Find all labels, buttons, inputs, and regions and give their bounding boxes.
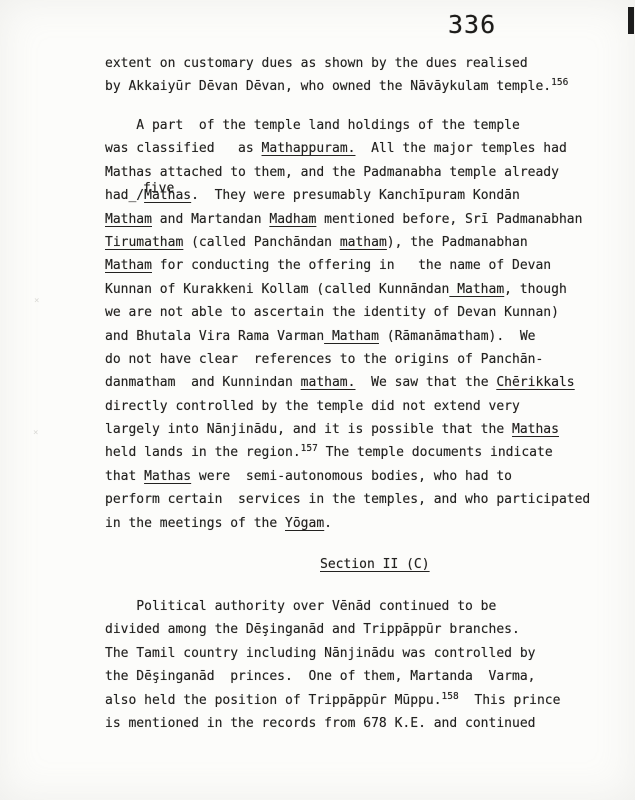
text-run: A part of the temple land holdings of th…: [105, 118, 520, 133]
underlined-term: Matham: [105, 258, 152, 273]
text-run: were semi-autonomous bodies, who had to: [191, 469, 512, 484]
text-run: The Tamil country including Nānjinādu wa…: [105, 646, 535, 661]
underlined-term: Yōgam: [285, 516, 324, 531]
text-line: Kunnan of Kurakkeni Kollam (called Kunnā…: [105, 278, 597, 301]
text-line: Tirumatham (called Panchāndan matham), t…: [105, 231, 597, 254]
text-line: Matham for conducting the offering in th…: [105, 254, 597, 277]
text-line: held lands in the region.157 The temple …: [105, 441, 597, 464]
text-line: that Mathas were semi-autonomous bodies,…: [105, 465, 597, 488]
text-run: perform certain services in the temples,…: [105, 492, 590, 507]
text-run: This prince: [459, 693, 561, 708]
footnote-ref: 156: [551, 77, 568, 88]
text-run: .: [324, 516, 332, 531]
text-run: that: [105, 469, 144, 484]
text-run: All the major temples had: [355, 141, 566, 156]
text-run: _/: [128, 188, 144, 203]
underlined-term: matham: [340, 235, 387, 250]
page-number: 336: [448, 10, 496, 39]
underlined-term: Matham: [105, 212, 152, 227]
text-run: (called Panchāndan: [183, 235, 340, 250]
text-run: is mentioned in the records from 678 K.E…: [105, 716, 535, 731]
text-line: extent on customary dues as shown by the…: [105, 52, 597, 75]
text-line: and Bhutala Vira Rama Varman Matham (Rām…: [105, 325, 597, 348]
footnote-ref: 158: [442, 691, 459, 702]
text-run: we are not able to ascertain the identit…: [105, 305, 559, 320]
text-line: also held the position of Trippāppūr Mūp…: [105, 689, 597, 712]
text-run: had: [105, 188, 128, 203]
text-line: largely into Nānjinādu, and it is possib…: [105, 418, 597, 441]
text-run: largely into Nānjinādu, and it is possib…: [105, 422, 512, 437]
text-run: in the meetings of the: [105, 516, 285, 531]
text-line: do not have clear references to the orig…: [105, 348, 597, 371]
underlined-term: Matham: [324, 329, 379, 344]
underlined-term: Madham: [269, 212, 316, 227]
underlined-term: Section II (C): [320, 557, 430, 572]
text-line: in the meetings of the Yōgam.: [105, 512, 597, 535]
underlined-term: Chērikkals: [496, 375, 574, 390]
underlined-term: Mathas: [144, 469, 191, 484]
text-run: danmatham and Kunnindan: [105, 375, 301, 390]
scan-edge-mark: [628, 7, 634, 34]
text-run: five: [143, 181, 174, 196]
text-run: The temple documents indicate: [318, 445, 553, 460]
text-line: Political authority over Vēnād continued…: [105, 595, 597, 618]
underlined-term: Tirumatham: [105, 235, 183, 250]
text-run: was classified as: [105, 141, 262, 156]
text-run: for conducting the offering in the name …: [152, 258, 551, 273]
text-run: the Dēşinganād princes. One of them, Mar…: [105, 669, 535, 684]
pencil-mark: ×: [34, 296, 39, 306]
text-line: is mentioned in the records from 678 K.E…: [105, 712, 597, 735]
text-run: held lands in the region.: [105, 445, 301, 460]
text-run: Political authority over Vēnād continued…: [105, 599, 496, 614]
text-line: Section II (C): [320, 553, 520, 576]
text-line: perform certain services in the temples,…: [105, 488, 597, 511]
text-run: by Akkaiyūr Dēvan Dēvan, who owned the N…: [105, 79, 551, 94]
underlined-term: Matham: [449, 282, 504, 297]
text-line: directly controlled by the temple did no…: [105, 395, 597, 418]
text-line: danmatham and Kunnindan matham. We saw t…: [105, 371, 597, 394]
text-run: . They were presumably Kanchīpuram Kondā…: [191, 188, 520, 203]
text-line: we are not able to ascertain the identit…: [105, 301, 597, 324]
section-heading: Section II (C): [320, 553, 520, 576]
text-line: divided among the Dēşinganād and Trippāp…: [105, 618, 597, 641]
text-run: and Bhutala Vira Rama Varman: [105, 329, 324, 344]
underlined-term: Mathappuram.: [262, 141, 356, 156]
footnote-ref: 157: [301, 443, 318, 454]
text-run: We saw that the: [355, 375, 496, 390]
text-run: directly controlled by the temple did no…: [105, 399, 520, 414]
text-line: was classified as Mathappuram. All the m…: [105, 137, 597, 160]
text-line: by Akkaiyūr Dēvan Dēvan, who owned the N…: [105, 75, 597, 98]
para-political: Political authority over Vēnād continued…: [105, 595, 597, 735]
para-opening: extent on customary dues as shown by the…: [105, 52, 597, 99]
text-line: five: [143, 177, 223, 200]
text-line: the Dēşinganād princes. One of them, Mar…: [105, 665, 597, 688]
text-run: Kunnan of Kurakkeni Kollam (called Kunnā…: [105, 282, 449, 297]
underlined-term: matham.: [301, 375, 356, 390]
text-line: Matham and Martandan Madham mentioned be…: [105, 208, 597, 231]
underlined-term: Mathas: [512, 422, 559, 437]
text-run: mentioned before, Srī Padmanabhan: [316, 212, 582, 227]
text-line: The Tamil country including Nānjinādu wa…: [105, 642, 597, 665]
text-run: and Martandan: [152, 212, 269, 227]
text-run: , though: [504, 282, 567, 297]
text-run: (Rāmanāmatham). We: [379, 329, 536, 344]
scanned-page: 336 extent on customary dues as shown by…: [0, 0, 635, 800]
pencil-mark: ×: [33, 428, 38, 438]
text-run: extent on customary dues as shown by the…: [105, 56, 528, 71]
text-line: A part of the temple land holdings of th…: [105, 114, 597, 137]
text-run: ), the Padmanabhan: [387, 235, 528, 250]
text-run: also held the position of Trippāppūr Mūp…: [105, 693, 442, 708]
text-run: divided among the Dēşinganād and Trippāp…: [105, 622, 520, 637]
text-run: do not have clear references to the orig…: [105, 352, 543, 367]
insert-five: five: [143, 177, 223, 200]
